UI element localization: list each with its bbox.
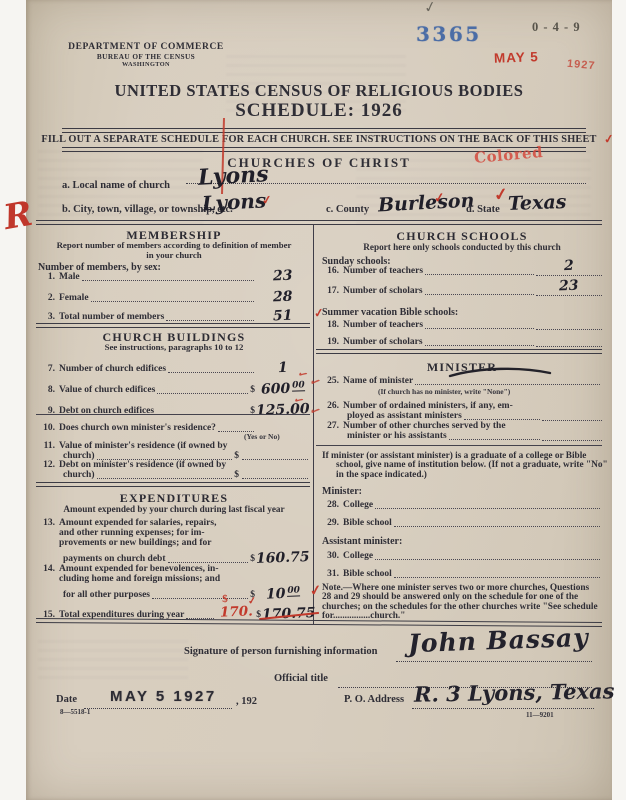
row-14-body: 14.Amount expended for benevolences, in-… <box>38 564 310 584</box>
row-male: 1. Male 23 <box>38 266 310 282</box>
schools-subtitle: Report here only schools conducted by th… <box>322 243 602 253</box>
red-check-icon: ✓ <box>493 184 510 206</box>
red-check-icon: ✓ <box>261 192 273 208</box>
minister-group-label: Minister: <box>322 486 362 497</box>
membership-subtitle: Report number of members according to de… <box>56 241 292 260</box>
assistant-group-label: Assistant minister: <box>322 536 402 547</box>
row-total-members: 3. Total number of members 51 <box>38 306 310 322</box>
row-13-tail: payments on church debt $ 160.75 <box>38 548 310 564</box>
sunday-scholars-count: 23 <box>559 278 579 295</box>
row-27-tail: minister or his assistants <box>322 430 602 441</box>
handwritten-dash-mark <box>446 366 556 380</box>
row-13-body: 13.Amount expended for salaries, repairs… <box>38 518 310 549</box>
red-check-icon: ✓ <box>603 131 615 147</box>
minister-none-hint: (If church has no minister, write "None"… <box>378 387 510 396</box>
margin-letter-r: R <box>1 194 36 238</box>
red-check-icon: ✓ <box>433 189 446 206</box>
row-assistant-bible-school: 31. Bible school <box>322 568 602 579</box>
agency-block: DEPARTMENT OF COMMERCE BUREAU OF THE CEN… <box>54 42 238 68</box>
field-county-label: c. County <box>326 204 369 215</box>
sunday-teachers-count: 2 <box>564 258 574 274</box>
yes-or-no-hint: (Yes or No) <box>244 432 280 441</box>
rule <box>36 323 310 328</box>
male-count: 23 <box>273 268 293 285</box>
edifice-debt: 125.00 <box>256 401 310 419</box>
signature-value: John Bassay <box>408 623 590 658</box>
form-code-left: 8—5518-1 <box>60 708 90 716</box>
pencil-check-icon: ✓ <box>422 0 438 18</box>
bleed-through-text <box>38 640 188 685</box>
row-minister-college: 28. College <box>322 499 602 510</box>
note-paragraph: Note.—Where one minister serves two or m… <box>322 584 600 622</box>
form-paper: ✓ 3365 0 - 4 - 9 MAY 5 1927 DEPARTMENT O… <box>26 0 612 800</box>
summer-schools-label: Summer vacation Bible schools: <box>322 307 458 318</box>
form-code-right: 11—9201 <box>526 711 554 719</box>
field-local-name-label: a. Local name of church <box>62 180 170 191</box>
benevolences-amount: 1000 <box>266 585 301 602</box>
row-sunday-teachers: 16. Number of teachers 2 <box>322 265 602 276</box>
row-summer-scholars: 19. Number of scholars <box>322 336 602 347</box>
scanned-census-form: { "colors":{"paper":"#d6ccbc","ink":"#2f… <box>0 0 626 800</box>
rule <box>62 128 586 133</box>
row-sunday-scholars: 17. Number of scholars 23 <box>322 285 602 296</box>
date-label: Date <box>56 694 77 705</box>
expenditures-subtitle: Amount expended by your church during la… <box>38 505 310 515</box>
total-members: 51 <box>273 308 293 325</box>
row-assistant-college: 30. College <box>322 550 602 561</box>
agency-place: WASHINGTON <box>54 61 238 68</box>
field-state-value: Texas <box>508 191 567 215</box>
row-edifice-value: 8. Value of church edifices $ 60000 <box>38 379 310 395</box>
stamp-file-number: 3365 <box>416 22 482 46</box>
rule <box>316 349 602 354</box>
field-local-name-value: Lyons <box>197 161 269 191</box>
row-edifices: 7. Number of church edifices 1 <box>38 358 310 374</box>
buildings-subtitle: See instructions, paragraphs 10 to 12 <box>38 343 310 353</box>
form-title: UNITED STATES CENSUS OF RELIGIOUS BODIES <box>26 81 612 101</box>
field-city-value: Lyons <box>201 188 266 215</box>
agency-dept: DEPARTMENT OF COMMERCE <box>54 42 238 52</box>
rule <box>36 220 602 225</box>
date-line <box>84 707 232 709</box>
signature-line <box>396 660 592 662</box>
row-minister-bible-school: 29. Bible school <box>322 517 602 528</box>
red-check-icon: ✓ <box>247 595 257 607</box>
red-check-icon: ✓ <box>309 582 323 600</box>
row-26-tail: ployed as assistant ministers <box>322 410 602 421</box>
stamp-date-received: MAY 5 <box>494 49 539 66</box>
stamp-date-filled: MAY 5 1927 <box>110 688 217 705</box>
pencil-code: 0 - 4 - 9 <box>532 20 581 35</box>
rule <box>36 414 310 415</box>
po-address-value: R. 3 Lyons, Texas <box>414 678 615 706</box>
stamp-date-received-year: 1927 <box>567 58 596 72</box>
row-summer-teachers: 18. Number of teachers <box>322 319 602 330</box>
row-female: 2. Female 28 <box>38 287 310 303</box>
row-residence-debt-tail: church) $ <box>38 469 310 480</box>
graduate-instructions: If minister (or assistant minister) is a… <box>322 452 612 480</box>
female-count: 28 <box>273 289 293 306</box>
agency-bureau: BUREAU OF THE CENSUS <box>54 52 238 61</box>
official-title-label: Official title <box>274 673 328 684</box>
edifice-count: 1 <box>278 360 288 376</box>
banner-instruction: FILL OUT A SEPARATE SCHEDULE FOR EACH CH… <box>26 134 612 145</box>
po-address-line <box>412 707 594 709</box>
row-14-tail: for all other purposes $ 1000 <box>38 584 310 600</box>
form-subtitle: SCHEDULE: 1926 <box>26 100 612 122</box>
column-divider <box>313 224 314 624</box>
signature-label: Signature of person furnishing informati… <box>184 646 378 657</box>
rule <box>36 482 310 487</box>
rule <box>316 445 602 446</box>
po-address-label: P. O. Address <box>344 694 404 705</box>
date-suffix: , 192 <box>236 696 257 707</box>
